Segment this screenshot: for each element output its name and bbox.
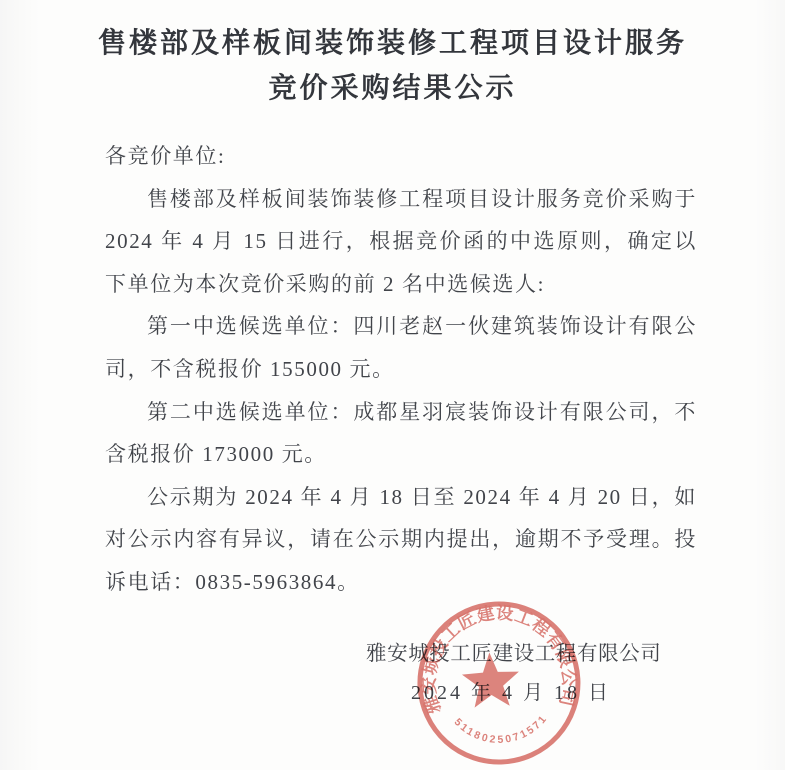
document-title-line1: 售楼部及样板间装饰装修工程项目设计服务 bbox=[98, 27, 687, 58]
paragraph-first-candidate: 第一中选候选单位：四川老赵一伙建筑装饰设计有限公司，不含税报价 155000 元… bbox=[105, 305, 697, 390]
signature-date: 2024 年 4 月 18 日 bbox=[366, 680, 656, 706]
paragraph-procurement-intro: 售楼部及样板间装饰装修工程项目设计服务竞价采购于 2024 年 4 月 15 日… bbox=[105, 178, 697, 306]
signature-block: 雅安城投工匠建设工程有限公司 2024 年 4 月 18 日 bbox=[366, 641, 656, 706]
signature-company: 雅安城投工匠建设工程有限公司 bbox=[366, 641, 656, 667]
paragraph-publicity-period: 公示期为 2024 年 4 月 18 日至 2024 年 4 月 20 日，如对… bbox=[105, 476, 697, 604]
paragraph-second-candidate: 第二中选候选单位：成都星羽宸装饰设计有限公司，不含税报价 173000 元。 bbox=[105, 391, 697, 476]
document-title-line2: 竞价采购结果公示 bbox=[268, 72, 516, 103]
document-title: 售楼部及样板间装饰装修工程项目设计服务 竞价采购结果公示 bbox=[0, 20, 785, 110]
seal-serial-number: 5118025071571 bbox=[451, 711, 551, 748]
document-body: 各竞价单位: 售楼部及样板间装饰装修工程项目设计服务竞价采购于 2024 年 4… bbox=[105, 135, 697, 604]
salutation: 各竞价单位: bbox=[105, 135, 697, 178]
announcement-document: 售楼部及样板间装饰装修工程项目设计服务 竞价采购结果公示 各竞价单位: 售楼部及… bbox=[0, 0, 785, 770]
